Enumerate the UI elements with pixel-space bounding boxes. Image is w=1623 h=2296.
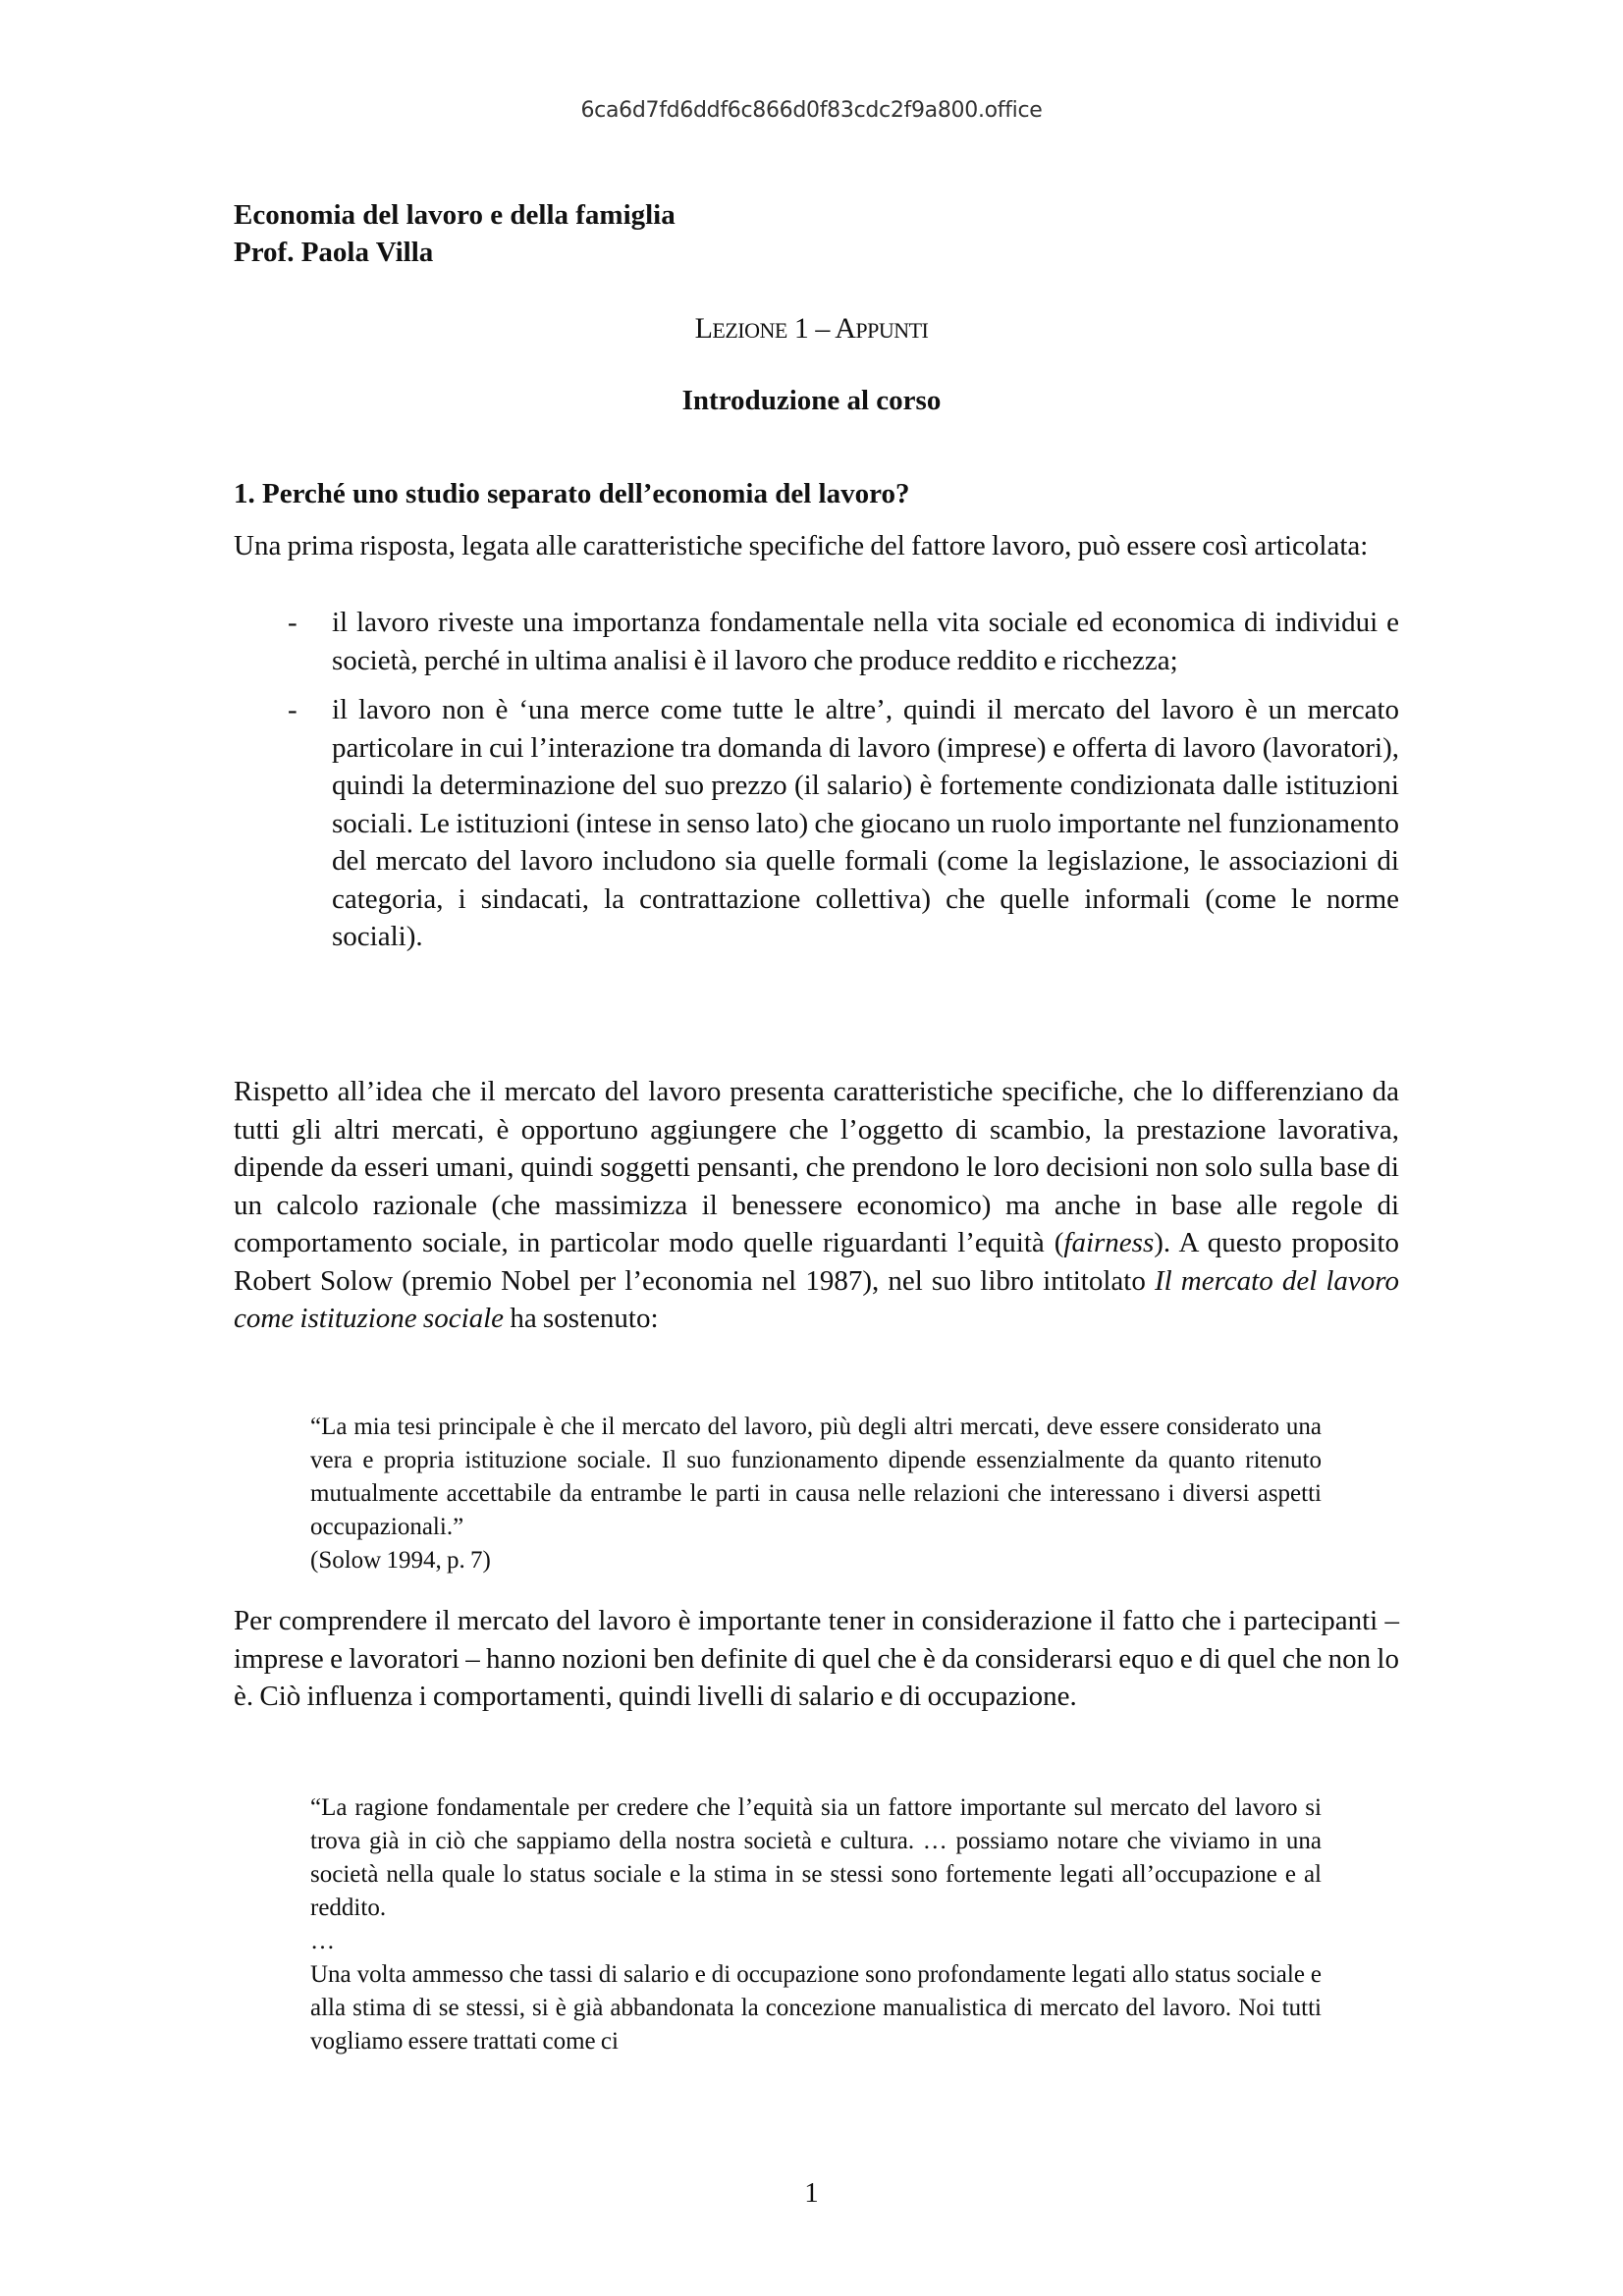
list-bullet: - — [288, 604, 298, 642]
course-title: Economia del lavoro e della famiglia — [234, 196, 676, 234]
lesson-title-ppunti: PPUNTI — [855, 318, 928, 343]
quote-ellipsis: … — [310, 1925, 1322, 1958]
quote-text: Una volta ammesso che tassi di salario e… — [310, 1958, 1322, 2058]
lesson-title: LEZIONE 1 – APPUNTI — [0, 312, 1623, 346]
section-heading: 1. Perché uno studio separato dell’econo… — [234, 478, 909, 510]
paragraph-text: ha sostenuto: — [504, 1303, 659, 1334]
quote-text: “La mia tesi principale è che il mercato… — [310, 1411, 1322, 1544]
quote-text: “La ragione fondamentale per credere che… — [310, 1791, 1322, 1925]
lesson-title-number: 1 – — [787, 312, 835, 345]
list-item: - il lavoro non è ‘una merce come tutte … — [234, 691, 1399, 956]
intro-paragraph: Una prima risposta, legata alle caratter… — [234, 527, 1399, 565]
list-item: - il lavoro riveste una importanza fonda… — [234, 604, 1399, 679]
block-quote-solow: “La mia tesi principale è che il mercato… — [310, 1411, 1322, 1577]
body-paragraph-solow: Rispetto all’idea che il mercato del lav… — [234, 1073, 1399, 1338]
document-file-name: 6ca6d7fd6ddf6c866d0f83cdc2f9a800.office — [0, 98, 1623, 123]
page-number: 1 — [0, 2177, 1623, 2210]
lesson-title-ezione: EZIONE — [712, 318, 786, 343]
list-item-text: il lavoro riveste una importanza fondame… — [332, 607, 1399, 676]
quote-citation: (Solow 1994, p. 7) — [310, 1544, 1322, 1577]
lesson-title-a: A — [835, 312, 855, 345]
bullet-list: - il lavoro riveste una importanza fonda… — [234, 604, 1399, 956]
block-quote-equity: “La ragione fondamentale per credere che… — [310, 1791, 1322, 2058]
professor-name: Prof. Paola Villa — [234, 234, 433, 271]
document-subtitle: Introduzione al corso — [0, 385, 1623, 417]
lesson-title-l: L — [695, 312, 713, 345]
list-item-text: il lavoro non è ‘una merce come tutte le… — [332, 694, 1399, 952]
list-bullet: - — [288, 691, 298, 729]
italic-term-fairness: fairness — [1063, 1227, 1154, 1258]
body-paragraph-fairness: Per comprendere il mercato del lavoro è … — [234, 1602, 1399, 1716]
